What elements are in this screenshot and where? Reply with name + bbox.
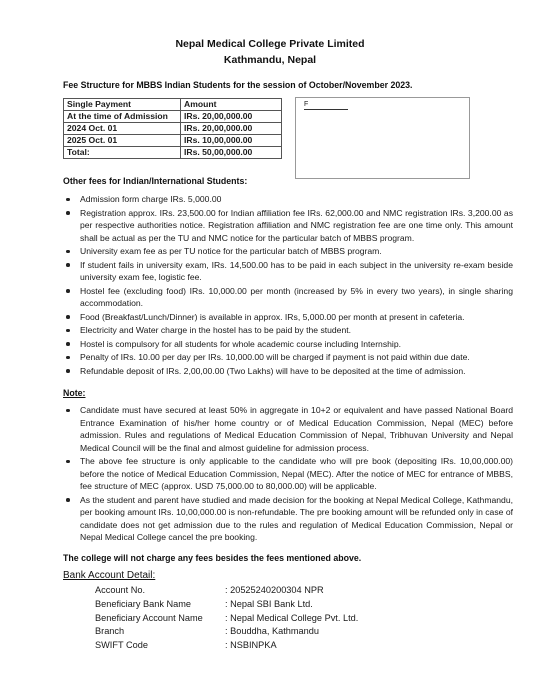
- other-fees-heading: Other fees for Indian/International Stud…: [63, 176, 247, 186]
- bank-value: : Nepal Medical College Pvt. Ltd.: [225, 612, 358, 626]
- bank-row-account-no: Account No. : 20525240200304 NPR: [95, 584, 358, 598]
- note-item: As the student and parent have studied a…: [63, 494, 513, 544]
- list-item: Registration approx. IRs. 23,500.00 for …: [63, 207, 513, 245]
- payment-amount: IRs. 20,00,000.00: [181, 123, 282, 135]
- side-box: F: [295, 97, 470, 179]
- list-item: Electricity and Water charge in the host…: [63, 324, 513, 337]
- note-item: Candidate must have secured at least 50%…: [63, 404, 513, 454]
- notes-list: Candidate must have secured at least 50%…: [63, 404, 513, 545]
- list-item: University exam fee as per TU notice for…: [63, 245, 513, 258]
- bank-label: Account No.: [95, 584, 225, 598]
- list-item: Admission form charge IRs. 5,000.00: [63, 193, 513, 206]
- bank-value: : 20525240200304 NPR: [225, 584, 324, 598]
- bank-label: Beneficiary Bank Name: [95, 598, 225, 612]
- college-name: Nepal Medical College Private Limited: [0, 38, 540, 50]
- bank-label: SWIFT Code: [95, 639, 225, 653]
- list-item: Food (Breakfast/Lunch/Dinner) is availab…: [63, 311, 513, 324]
- payment-label: At the time of Admission: [64, 111, 181, 123]
- list-item: Hostel is compulsory for all students fo…: [63, 338, 513, 351]
- table-row: 2024 Oct. 01 IRs. 20,00,000.00: [64, 123, 282, 135]
- bank-value: : Bouddha, Kathmandu: [225, 625, 319, 639]
- payment-label: 2024 Oct. 01: [64, 123, 181, 135]
- fee-table-header: Single Payment Amount: [64, 99, 282, 111]
- note-heading: Note:: [63, 388, 85, 398]
- payment-amount: IRs. 20,00,000.00: [181, 111, 282, 123]
- list-item: Penalty of IRs. 10.00 per day per IRs. 1…: [63, 351, 513, 364]
- table-row: At the time of Admission IRs. 20,00,000.…: [64, 111, 282, 123]
- bank-label: Branch: [95, 625, 225, 639]
- closing-statement: The college will not charge any fees bes…: [63, 553, 361, 563]
- bank-value: : Nepal SBI Bank Ltd.: [225, 598, 313, 612]
- document-page: Nepal Medical College Private Limited Ka…: [0, 0, 540, 691]
- list-item: Hostel fee (excluding food) IRs. 10,000.…: [63, 285, 513, 310]
- side-box-mark: F: [304, 101, 348, 110]
- list-item: If student fails in university exam, IRs…: [63, 259, 513, 284]
- table-row-total: Total: IRs. 50,00,000.00: [64, 147, 282, 159]
- bank-label: Beneficiary Account Name: [95, 612, 225, 626]
- column-header-payment: Single Payment: [64, 99, 181, 111]
- bank-value: : NSBINPKA: [225, 639, 277, 653]
- other-fees-list: Admission form charge IRs. 5,000.00 Regi…: [63, 193, 513, 378]
- fee-table: Single Payment Amount At the time of Adm…: [63, 98, 282, 159]
- column-header-amount: Amount: [181, 99, 282, 111]
- bank-row-branch: Branch : Bouddha, Kathmandu: [95, 625, 358, 639]
- list-item: Refundable deposit of IRs. 2,00,00.00 (T…: [63, 365, 513, 378]
- bank-account-heading: Bank Account Detail:: [63, 570, 155, 581]
- payment-label: 2025 Oct. 01: [64, 135, 181, 147]
- bank-row-swift: SWIFT Code : NSBINPKA: [95, 639, 358, 653]
- table-row: 2025 Oct. 01 IRs. 10,00,000.00: [64, 135, 282, 147]
- fee-structure-heading: Fee Structure for MBBS Indian Students f…: [63, 80, 413, 90]
- bank-row-bank-name: Beneficiary Bank Name : Nepal SBI Bank L…: [95, 598, 358, 612]
- bank-details: Account No. : 20525240200304 NPR Benefic…: [95, 584, 358, 653]
- payment-amount: IRs. 50,00,000.00: [181, 147, 282, 159]
- college-location: Kathmandu, Nepal: [0, 54, 540, 66]
- payment-amount: IRs. 10,00,000.00: [181, 135, 282, 147]
- bank-row-account-name: Beneficiary Account Name : Nepal Medical…: [95, 612, 358, 626]
- payment-label: Total:: [64, 147, 181, 159]
- note-item: The above fee structure is only applicab…: [63, 455, 513, 493]
